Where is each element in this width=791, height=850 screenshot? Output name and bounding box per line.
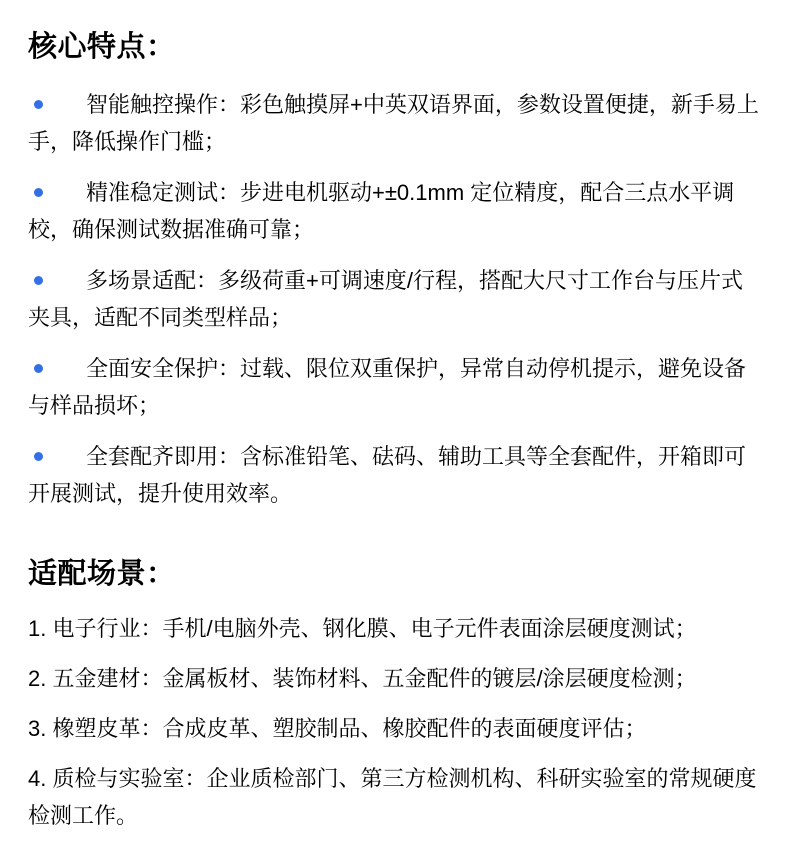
- scenario-item-rubber-leather: 3. 橡塑皮革：合成皮革、塑胶制品、橡胶配件的表面硬度评估；: [28, 710, 761, 747]
- feature-item-accessories: 全套配齐即用：含标准铅笔、砝码、辅助工具等全套配件，开箱即可开展测试，提升使用效…: [28, 438, 761, 512]
- scenarios-section: 适配场景： 1. 电子行业：手机/电脑外壳、钢化膜、电子元件表面涂层硬度测试； …: [28, 558, 761, 834]
- feature-item-text: 多场景适配：多级荷重+可调速度/行程，搭配大尺寸工作台与压片式夹具，适配不同类型…: [28, 268, 743, 330]
- scenarios-heading: 适配场景：: [28, 558, 761, 591]
- scenario-item-quality-lab: 4. 质检与实验室：企业质检部门、第三方检测机构、科研实验室的常规硬度检测工作。: [28, 760, 761, 834]
- features-section: 核心特点： 智能触控操作：彩色触摸屏+中英双语界面，参数设置便捷，新手易上手，降…: [28, 31, 761, 512]
- feature-item-text: 全面安全保护：过载、限位双重保护，异常自动停机提示，避免设备与样品损坏；: [28, 356, 746, 418]
- feature-item-safety: 全面安全保护：过载、限位双重保护，异常自动停机提示，避免设备与样品损坏；: [28, 350, 761, 424]
- bullet-dot-icon: [34, 188, 43, 197]
- feature-item-text: 智能触控操作：彩色触摸屏+中英双语界面，参数设置便捷，新手易上手，降低操作门槛；: [28, 92, 759, 154]
- feature-item-smart-touch: 智能触控操作：彩色触摸屏+中英双语界面，参数设置便捷，新手易上手，降低操作门槛；: [28, 86, 761, 160]
- feature-item-precision: 精准稳定测试：步进电机驱动+±0.1mm 定位精度，配合三点水平调校，确保测试数…: [28, 174, 761, 248]
- scenario-item-electronics: 1. 电子行业：手机/电脑外壳、钢化膜、电子元件表面涂层硬度测试；: [28, 610, 761, 647]
- feature-item-multi-scene: 多场景适配：多级荷重+可调速度/行程，搭配大尺寸工作台与压片式夹具，适配不同类型…: [28, 262, 761, 336]
- features-heading: 核心特点：: [28, 31, 761, 64]
- bullet-dot-icon: [34, 452, 43, 461]
- product-description-page: 核心特点： 智能触控操作：彩色触摸屏+中英双语界面，参数设置便捷，新手易上手，降…: [0, 0, 791, 850]
- bullet-dot-icon: [34, 100, 43, 109]
- bullet-dot-icon: [34, 364, 43, 373]
- feature-item-text: 全套配齐即用：含标准铅笔、砝码、辅助工具等全套配件，开箱即可开展测试，提升使用效…: [28, 444, 746, 506]
- feature-item-text: 精准稳定测试：步进电机驱动+±0.1mm 定位精度，配合三点水平调校，确保测试数…: [28, 180, 734, 242]
- bullet-dot-icon: [34, 276, 43, 285]
- scenario-item-hardware: 2. 五金建材：金属板材、装饰材料、五金配件的镀层/涂层硬度检测；: [28, 660, 761, 697]
